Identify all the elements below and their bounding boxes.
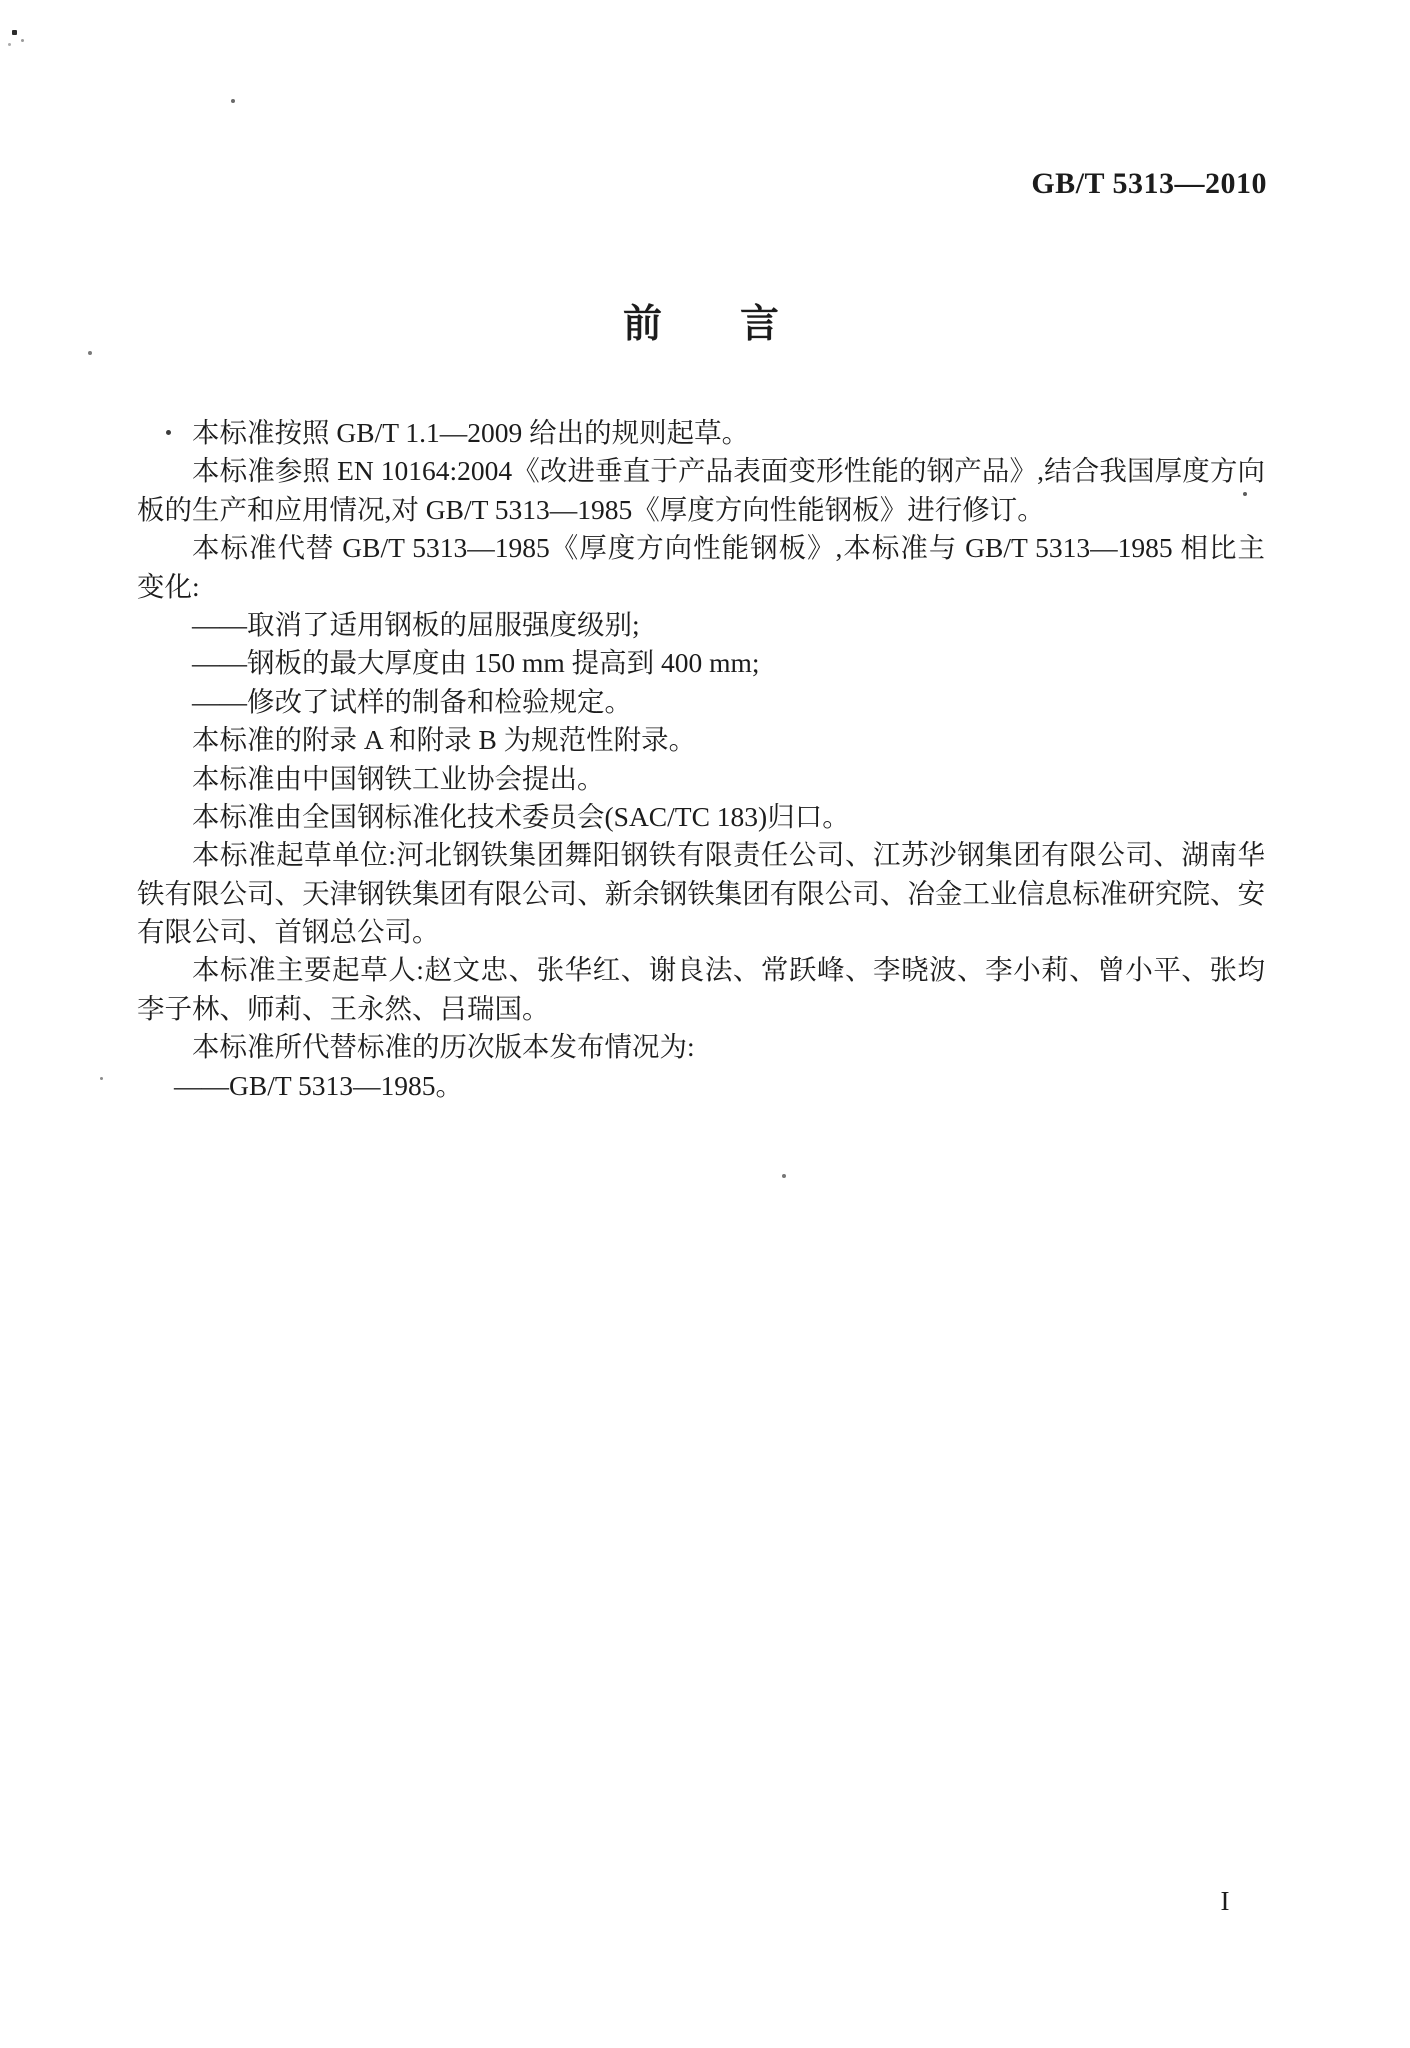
page-number: I: [1210, 1886, 1240, 1917]
scan-speck: [21, 39, 24, 42]
text-line: 本标准所代替标准的历次版本发布情况为:: [137, 1028, 1265, 1066]
text-line: 本标准由全国钢标准化技术委员会(SAC/TC 183)归口。: [137, 798, 1265, 836]
text-line: 本标准按照 GB/T 1.1—2009 给出的规则起草。: [137, 414, 1265, 452]
text-line: 本标准主要起草人:赵文忠、张华红、谢良法、常跃峰、李晓波、李小莉、曾小平、张均生…: [137, 951, 1265, 989]
page-title: 前 言: [137, 293, 1265, 349]
scan-speck: [12, 30, 17, 35]
text-line: 本标准代替 GB/T 5313—1985《厚度方向性能钢板》,本标准与 GB/T…: [137, 529, 1265, 567]
text-line: 有限公司、首钢总公司。: [137, 913, 1265, 951]
text-line: 本标准由中国钢铁工业协会提出。: [137, 760, 1265, 798]
scan-speck: [1243, 492, 1247, 496]
text-line: 本标准的附录 A 和附录 B 为规范性附录。: [137, 721, 1265, 759]
scan-speck: [8, 43, 11, 46]
text-line: 本标准参照 EN 10164:2004《改进垂直于产品表面变形性能的钢产品》,结…: [137, 452, 1265, 490]
text-line: 李子林、师莉、王永然、吕瑞国。: [137, 990, 1265, 1028]
scan-speck: [231, 99, 235, 103]
text-line: 本标准起草单位:河北钢铁集团舞阳钢铁有限责任公司、江苏沙钢集团有限公司、湖南华菱…: [137, 836, 1265, 874]
body-text: 本标准按照 GB/T 1.1—2009 给出的规则起草。 本标准参照 EN 10…: [137, 414, 1265, 1105]
text-line: 铁有限公司、天津钢铁集团有限公司、新余钢铁集团有限公司、冶金工业信息标准研究院、…: [137, 875, 1265, 913]
document-page: GB/T 5313—2010 前 言 本标准按照 GB/T 1.1—2009 给…: [0, 0, 1410, 2048]
text-line: ——取消了适用钢板的屈服强度级别;: [137, 606, 1265, 644]
text-line: ——钢板的最大厚度由 150 mm 提高到 400 mm;: [137, 644, 1265, 682]
scan-speck: [166, 430, 171, 435]
standard-number-header: GB/T 5313—2010: [1031, 167, 1267, 201]
text-line: 板的生产和应用情况,对 GB/T 5313—1985《厚度方向性能钢板》进行修订…: [137, 491, 1265, 529]
text-line: 变化:: [137, 568, 1265, 606]
scan-speck: [782, 1174, 786, 1178]
text-line: ——修改了试样的制备和检验规定。: [137, 683, 1265, 721]
scan-speck: [88, 351, 92, 355]
scan-speck: [100, 1077, 103, 1080]
text-line: ——GB/T 5313—1985。: [137, 1067, 1265, 1105]
